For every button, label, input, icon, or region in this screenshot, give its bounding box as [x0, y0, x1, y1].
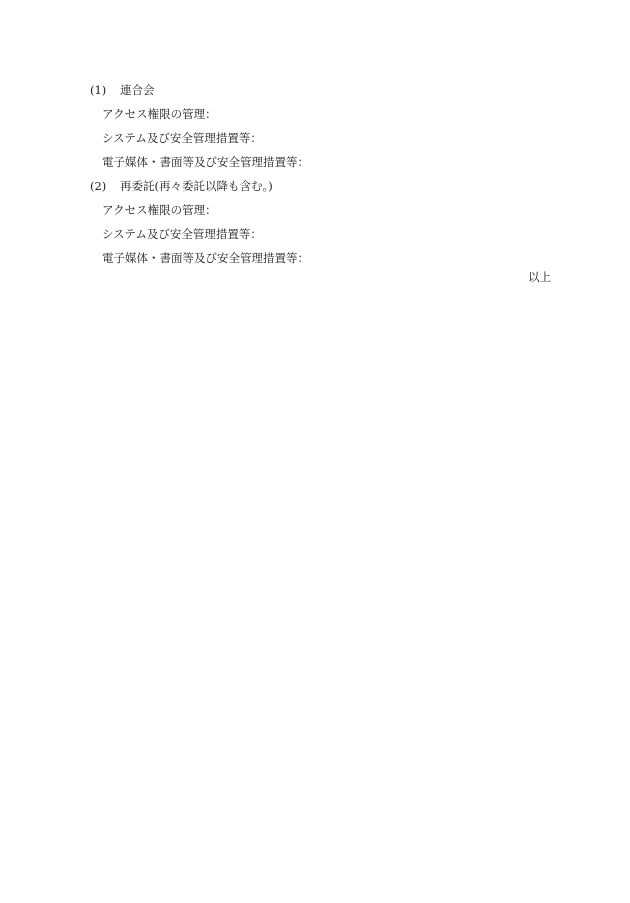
section-title: 再委託(再々委託以降も含む。) [120, 179, 273, 193]
closing-text: 以上 [528, 270, 551, 284]
section-2-item: 電子媒体・書面等及び安全管理措置等： [102, 251, 309, 265]
section-title: 連合会 [120, 83, 155, 97]
section-1-item: アクセス権限の管理： [102, 107, 217, 121]
section-number: (1) [90, 83, 120, 97]
section-1-heading: (1)連合会 [90, 83, 155, 97]
section-2-item: システム及び安全管理措置等： [102, 227, 262, 241]
section-1-item: 電子媒体・書面等及び安全管理措置等： [102, 155, 309, 169]
section-2-item: アクセス権限の管理： [102, 203, 217, 217]
section-1-item: システム及び安全管理措置等： [102, 131, 262, 145]
section-2-heading: (2)再委託(再々委託以降も含む。) [90, 179, 273, 193]
section-number: (2) [90, 179, 120, 193]
